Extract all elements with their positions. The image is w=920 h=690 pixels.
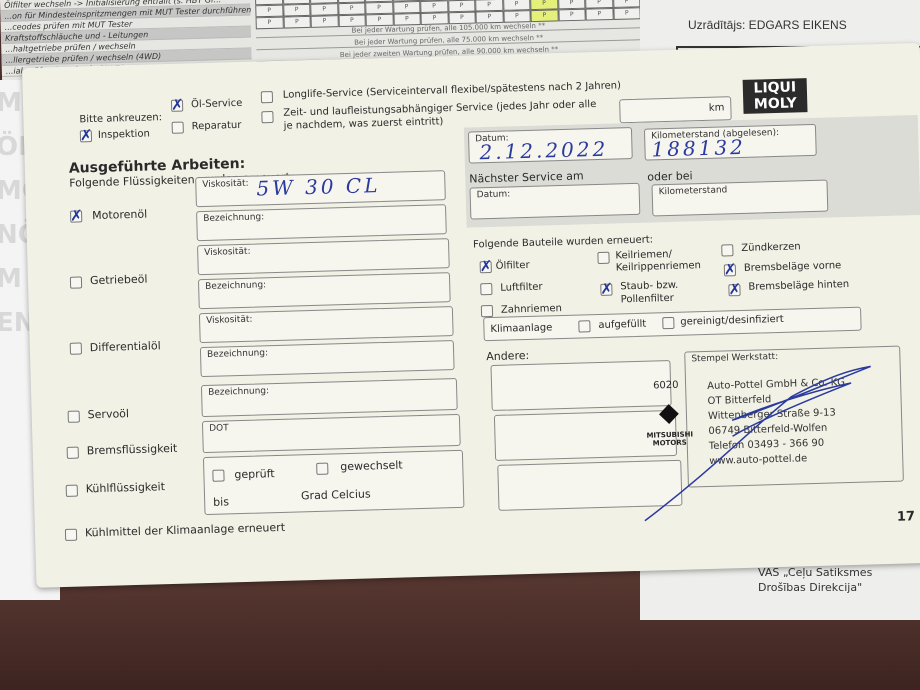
brake-fluid-label: Bremsflüssigkeit <box>87 442 178 458</box>
brand-line: MOTORS <box>647 438 693 447</box>
schedule-cell: P <box>310 3 338 16</box>
schedule-cell: P <box>393 1 421 14</box>
ac-filled-label: aufgefüllt <box>598 319 646 331</box>
schedule-cell: P <box>420 12 448 25</box>
other-field-1[interactable] <box>490 360 671 411</box>
viscosity-label: Viskosität: <box>206 315 253 326</box>
parts-title: Folgende Bauteile wurden erneuert: <box>473 234 653 250</box>
schedule-cell: P <box>283 4 311 17</box>
stamp-code: 6020 <box>653 380 679 392</box>
mitsubishi-logo: MITSUBISHI MOTORS <box>646 406 693 447</box>
mileage-value: 188132 <box>651 135 746 162</box>
oil-filter-label: Ölfilter <box>496 260 530 272</box>
ac-label: Klimaanlage <box>490 322 552 335</box>
engine-oil-label: Motorenöl <box>92 208 147 223</box>
name-label: Bezeichnung: <box>205 280 266 292</box>
rear-brake-pads-label: Bremsbeläge hinten <box>748 279 849 293</box>
workshop-stamp: Auto-Pottel GmbH & Co. KG OT Bitterfeld … <box>707 375 847 469</box>
issuer-line: VAS „Ceļu Satiksmes <box>758 565 872 580</box>
viscosity-label: Viskosität: <box>204 247 251 258</box>
v-belt-label: Keilriemen/ <box>615 249 672 262</box>
schedule-cell: P <box>475 0 503 12</box>
ac-coolant-checkbox[interactable] <box>65 529 77 541</box>
coolant-checked-checkbox[interactable] <box>212 470 224 482</box>
gear-oil-checkbox[interactable] <box>70 276 82 288</box>
or-at-label: oder bei <box>647 169 693 183</box>
oil-filter-checkbox[interactable] <box>480 261 492 273</box>
timing-belt-checkbox[interactable] <box>481 305 493 317</box>
schedule-cell: P <box>530 9 558 22</box>
engine-oil-name-field[interactable]: Bezeichnung: <box>196 204 447 241</box>
front-brake-pads-checkbox[interactable] <box>724 264 736 276</box>
dot-label: DOT <box>209 423 229 434</box>
coolant-details-field: geprüft gewechselt bis Grad Celcius <box>203 450 465 515</box>
coolant-unit-label: Grad Celcius <box>301 487 371 502</box>
rear-brake-pads-checkbox[interactable] <box>728 284 740 296</box>
power-steering-oil-name-field[interactable]: Bezeichnung: <box>201 378 458 417</box>
ac-coolant-label: Kühlmittel der Klimaanlage erneuert <box>85 521 285 540</box>
schedule-cell: P <box>420 0 448 13</box>
differential-oil-checkbox[interactable] <box>70 342 82 354</box>
coolant-changed-label: gewechselt <box>340 459 403 474</box>
mitsubishi-diamond-icon <box>659 404 679 424</box>
service-date-field[interactable]: Datum: 2.12.2022 <box>468 127 633 164</box>
service-record-page: Bitte ankreuzen: Öl-Service Inspektion R… <box>22 43 920 588</box>
spark-plugs-checkbox[interactable] <box>721 244 733 256</box>
schedule-cell: P <box>338 2 366 15</box>
schedule-cell: P <box>503 10 531 23</box>
differential-oil-label: Differentialöl <box>90 339 161 354</box>
schedule-cell: P <box>311 15 339 28</box>
schedule-cell: P <box>475 11 503 24</box>
schedule-cell: P <box>366 14 394 27</box>
coolant-label: Kühlflüssigkeit <box>86 480 166 495</box>
v-belt-label-2: Keilrippenriemen <box>616 260 701 273</box>
engine-oil-viscosity-field[interactable]: Viskosität: 5W 30 CL <box>195 170 446 207</box>
oil-service-checkbox[interactable] <box>171 100 183 112</box>
other-label: Andere: <box>486 349 529 363</box>
next-service-km-field[interactable]: Kilometerstand <box>651 180 828 217</box>
gear-oil-viscosity-field[interactable]: Viskosität: <box>197 238 450 275</box>
km-interval-field[interactable]: km <box>619 96 732 123</box>
schedule-cell: P <box>365 2 393 15</box>
issuer-label: VAS „Ceļu Satiksmes Drošības Direkcija" <box>758 565 872 595</box>
inspection-label: Inspektion <box>98 128 150 140</box>
pollen-filter-label: Staub- bzw. <box>620 280 678 293</box>
coolant-changed-checkbox[interactable] <box>316 463 328 475</box>
time-mileage-service-checkbox[interactable] <box>261 111 273 123</box>
longlife-service-label: Longlife-Service (Serviceintervall flexi… <box>283 80 621 100</box>
schedule-cell: P <box>448 0 476 12</box>
longlife-service-checkbox[interactable] <box>261 91 273 103</box>
differential-oil-name-field[interactable]: Bezeichnung: <box>200 340 455 377</box>
schedule-cell: P <box>256 17 284 30</box>
ac-cleaned-checkbox[interactable] <box>662 317 674 329</box>
coolant-checked-label: geprüft <box>234 467 275 481</box>
logo-line: MOLY <box>743 95 807 113</box>
please-check-label: Bitte ankreuzen: <box>79 112 162 125</box>
v-belt-checkbox[interactable] <box>597 252 609 264</box>
liqui-moly-logo: LIQUI MOLY <box>743 78 808 114</box>
ac-cleaned-label: gereinigt/desinfiziert <box>680 314 784 328</box>
pollen-filter-checkbox[interactable] <box>600 284 612 296</box>
timing-belt-label: Zahnriemen <box>501 303 562 316</box>
spark-plugs-label: Zündkerzen <box>741 241 801 254</box>
next-service-date-field[interactable]: Datum: <box>470 183 641 220</box>
viscosity-value: 5W 30 CL <box>256 173 381 200</box>
air-filter-label: Luftfilter <box>500 282 543 294</box>
logo-line: LIQUI <box>743 79 807 97</box>
front-brake-pads-label: Bremsbeläge vorne <box>744 260 842 274</box>
date-value: 2.12.2022 <box>479 137 608 165</box>
inspection-checkbox[interactable] <box>80 130 92 142</box>
schedule-cell: P <box>448 12 476 25</box>
schedule-cell: P <box>283 16 311 29</box>
oil-service-label: Öl-Service <box>191 98 243 110</box>
schedule-cell: P <box>585 8 613 21</box>
schedule-cell: P <box>255 5 283 18</box>
coolant-until-label: bis <box>213 495 229 508</box>
time-mileage-service-label-2: je nachdem, was zuerst eintritt) <box>284 116 444 131</box>
km-unit-label: km <box>709 102 725 113</box>
schedule-cell: P <box>613 7 641 20</box>
next-date-label: Datum: <box>477 189 511 200</box>
other-field-3[interactable] <box>497 460 682 511</box>
engine-oil-checkbox[interactable] <box>70 210 82 222</box>
stamp-label: Stempel Werkstatt: <box>691 352 778 364</box>
page-number: 17 <box>897 509 916 524</box>
coolant-checkbox[interactable] <box>66 485 78 497</box>
name-label: Bezeichnung: <box>208 386 269 398</box>
name-label: Bezeichnung: <box>207 348 268 360</box>
schedule-cell: P <box>558 9 586 22</box>
power-steering-oil-label: Servoöl <box>88 407 130 421</box>
repair-checkbox[interactable] <box>172 122 184 134</box>
schedule-cell: P <box>393 13 421 26</box>
power-steering-oil-checkbox[interactable] <box>68 411 80 423</box>
differential-oil-viscosity-field[interactable]: Viskosität: <box>199 306 454 343</box>
pollen-filter-label-2: Pollenfilter <box>621 293 674 305</box>
brake-fluid-dot-field[interactable]: DOT <box>202 414 461 453</box>
name-label: Bezeichnung: <box>203 212 264 224</box>
presenter-name: Uzrādītājs: EDGARS EIKENS <box>688 18 847 32</box>
schedule-cell: P <box>338 14 366 27</box>
air-filter-checkbox[interactable] <box>480 283 492 295</box>
repair-label: Reparatur <box>192 120 242 132</box>
gear-oil-name-field[interactable]: Bezeichnung: <box>198 272 451 309</box>
issuer-line: Drošības Direkcija" <box>758 580 872 595</box>
gear-oil-label: Getriebeöl <box>90 273 148 288</box>
brake-fluid-checkbox[interactable] <box>67 447 79 459</box>
viscosity-label: Viskosität: <box>202 179 249 190</box>
ac-filled-checkbox[interactable] <box>578 320 590 332</box>
mileage-field[interactable]: Kilometerstand (abgelesen): 188132 <box>644 124 817 161</box>
next-km-label: Kilometerstand <box>659 185 728 197</box>
